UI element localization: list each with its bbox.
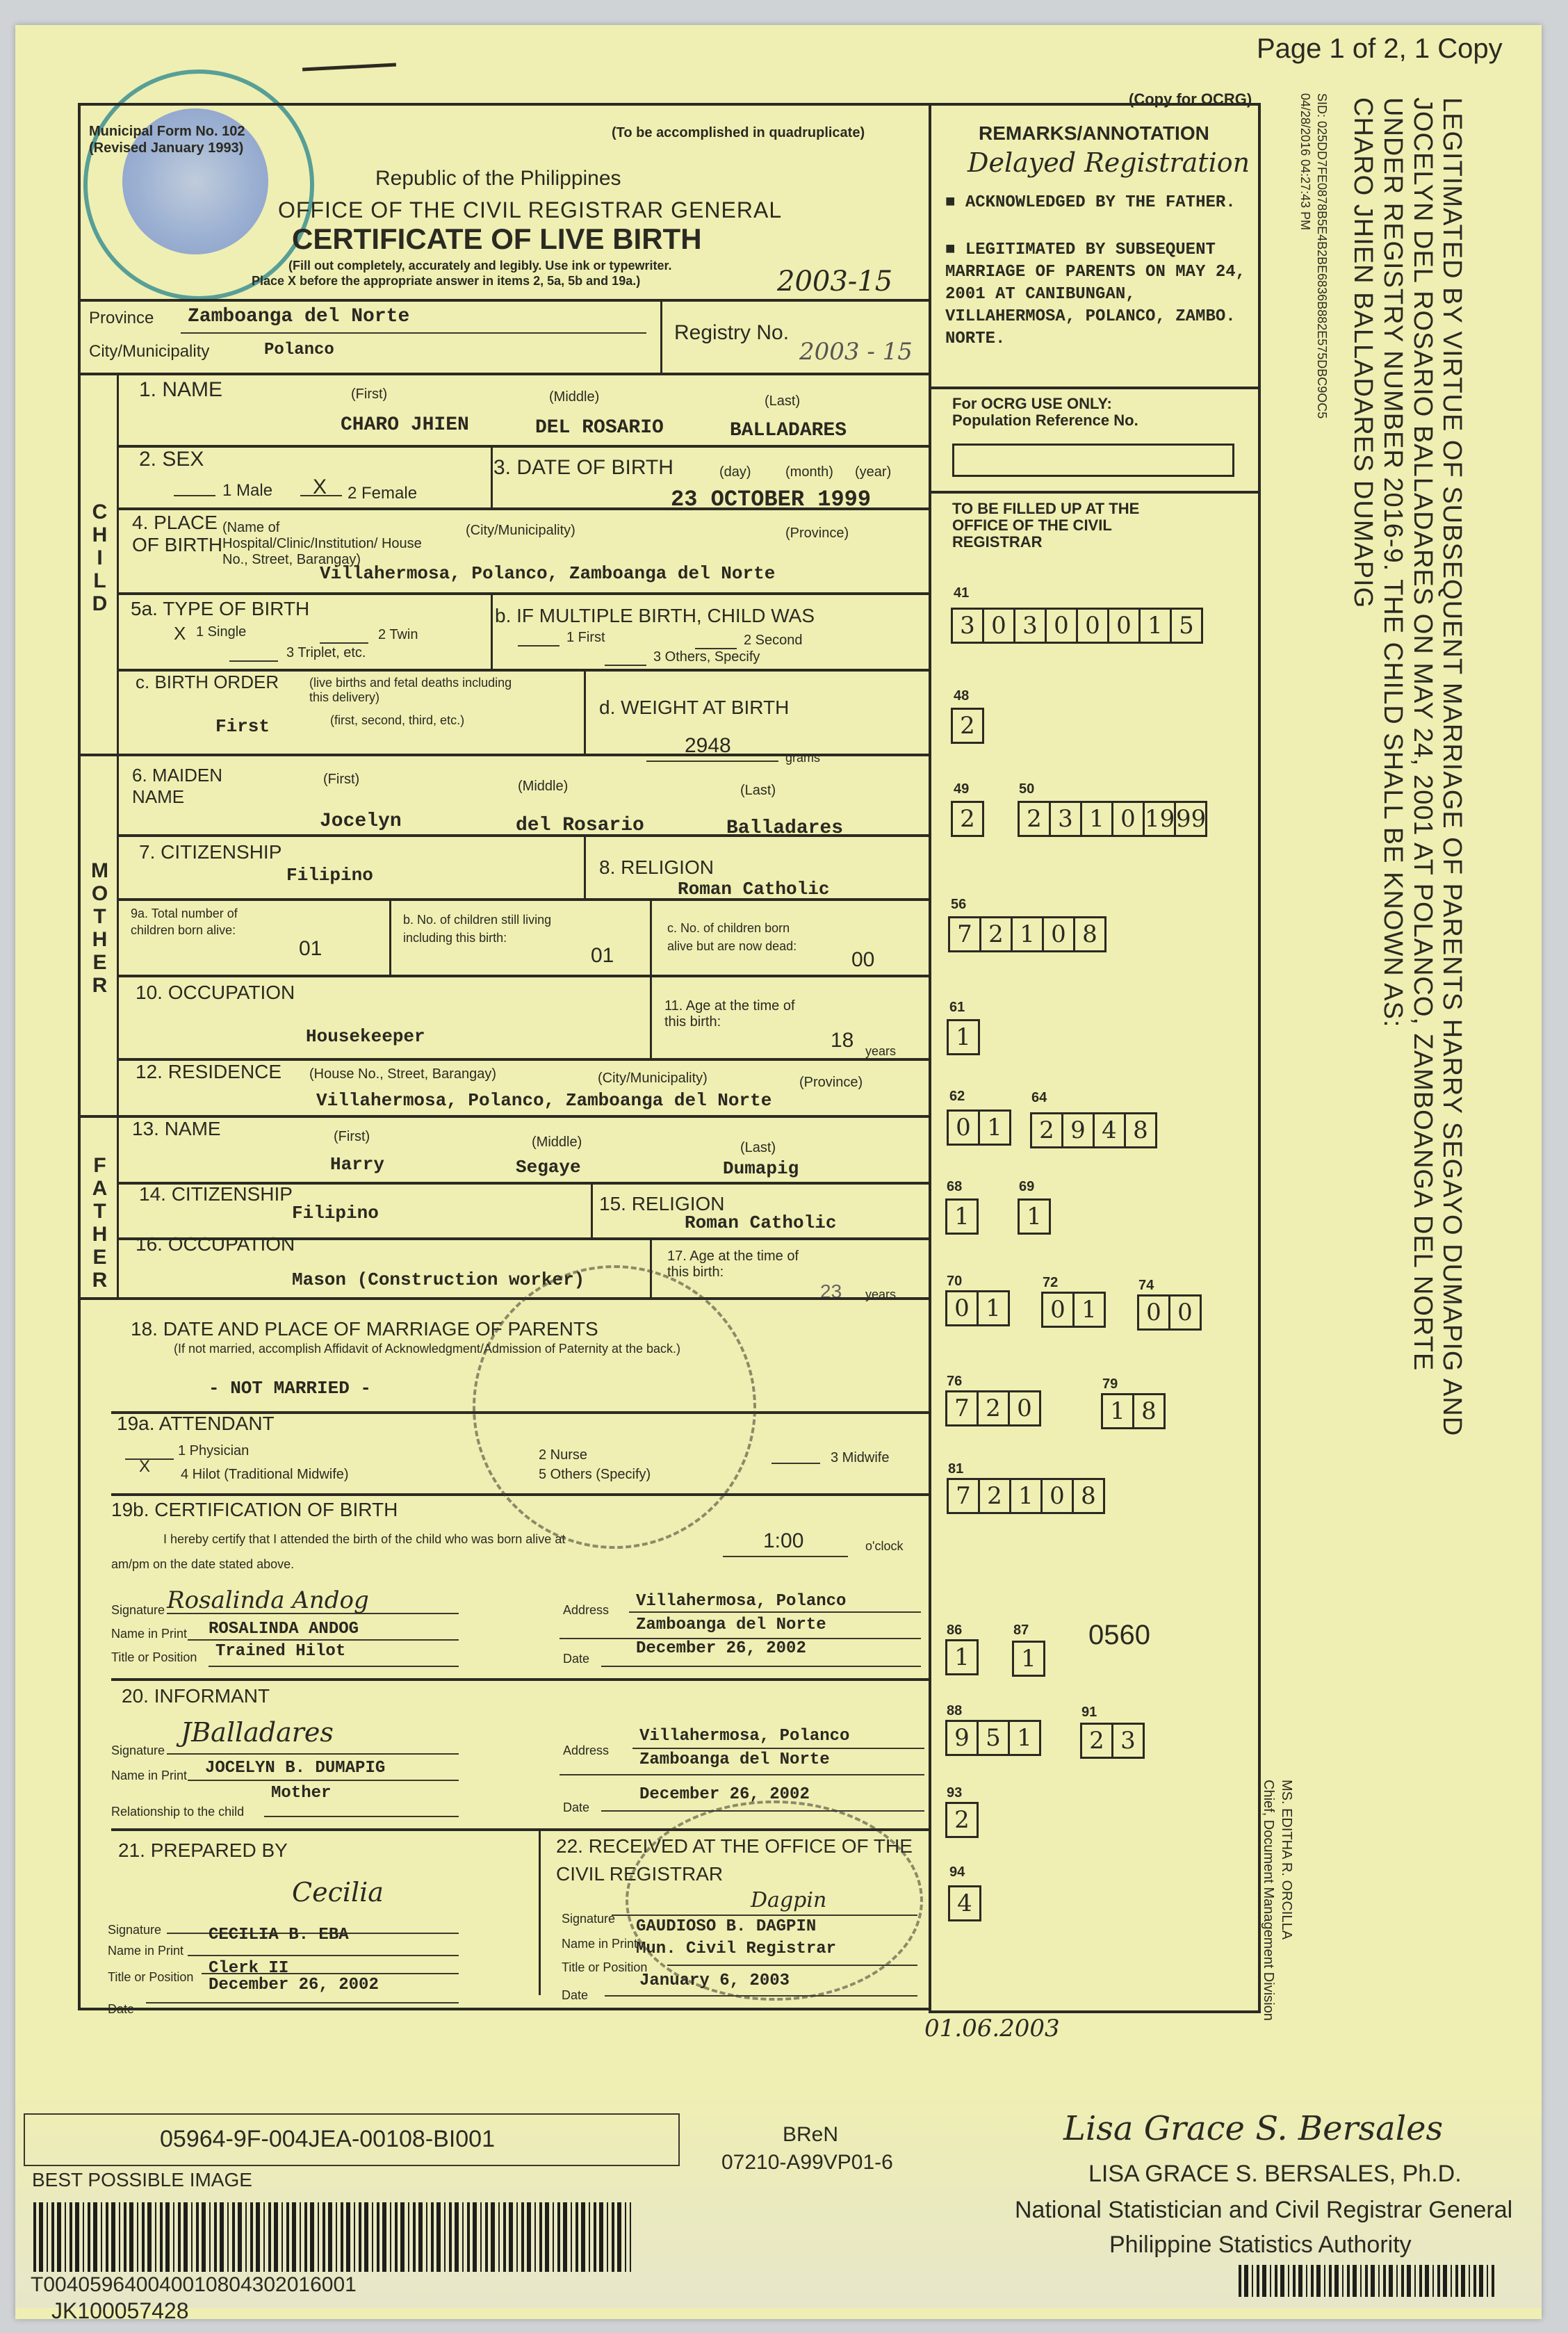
informant-date-label: Date (563, 1800, 589, 1815)
form-revised: (Revised January 1993) (89, 140, 243, 156)
code-74-label: 74 (1138, 1278, 1154, 1294)
underline (605, 665, 646, 666)
registry-label: Registry No. (674, 321, 789, 345)
underline (771, 1463, 820, 1464)
prepared-by-label: 21. PREPARED BY (118, 1839, 288, 1862)
dob-year-label: (year) (855, 464, 891, 480)
underline (646, 761, 778, 762)
code-digit-box: 0 (1042, 916, 1075, 952)
mother-religion: Roman Catholic (678, 879, 829, 900)
divider (660, 299, 662, 375)
annotation-officer-name: MS. EDITHA R. ORCILLA (1278, 1780, 1294, 1940)
code-digit-box: 1 (1012, 1641, 1045, 1677)
annotation-line-3: UNDER REGISTRY NUMBER 2016-9. THE CHILD … (1378, 97, 1407, 1027)
underline (202, 1973, 459, 1974)
pob-value: Villahermosa, Polanco, Zamboanga del Nor… (320, 563, 775, 584)
cert-address-2: Zamboanga del Norte (636, 1616, 826, 1634)
father-first-name: Harry (330, 1154, 384, 1175)
jk-number: JK100057428 (51, 2298, 189, 2324)
code-87-boxes: 1 (1012, 1641, 1045, 1677)
cert-title: Trained Hilot (215, 1642, 345, 1661)
code-digit-box: 1 (1080, 801, 1113, 837)
code-81-boxes: 72108 (947, 1478, 1105, 1514)
birth-order-value: First (215, 716, 270, 737)
page-info: Page 1 of 2, 1 Copy (1257, 33, 1503, 65)
code-68-label: 68 (947, 1179, 962, 1195)
divider (111, 1678, 931, 1681)
divider (117, 445, 931, 448)
code-digit-box: 1 (1018, 1198, 1051, 1235)
code-digit-box: 1 (1138, 608, 1172, 644)
code-86-label: 86 (947, 1623, 962, 1639)
father-age-label: 17. Age at the time of this birth: (667, 1249, 820, 1281)
instructions-line-2: Place X before the appropriate answer in… (252, 274, 640, 288)
attendant-checkmark: X (139, 1457, 150, 1477)
multiple-first: 1 First (566, 630, 605, 646)
code-56-label: 56 (951, 897, 966, 913)
underline (181, 332, 646, 334)
code-digit-box: 0 (1008, 1390, 1041, 1426)
code-48-boxes: 2 (951, 708, 984, 744)
child-last-name: BALLADARES (730, 420, 847, 441)
divider (929, 387, 1258, 389)
code-93-label: 93 (947, 1785, 962, 1801)
underline (174, 495, 215, 496)
code-digit-box: 1 (947, 1019, 980, 1055)
underline (629, 1611, 921, 1613)
code-digit-box: 99 (1174, 801, 1207, 837)
code-digit-box: 8 (1132, 1393, 1166, 1429)
middle-label: (Middle) (549, 389, 599, 405)
stamp-number: 0560 (1088, 1620, 1150, 1651)
certification-text-1: I hereby certify that I attended the bir… (163, 1532, 565, 1547)
total-children-label: 9a. Total number of children born alive: (131, 905, 249, 938)
cert-signature: Rosalinda Andog (167, 1586, 369, 1614)
remarks-legit-text: LEGITIMATED BY SUBSEQUENT MARRIAGE OF PA… (945, 241, 1246, 348)
divider (117, 754, 119, 1115)
last-label: (Last) (740, 1140, 776, 1156)
divider (650, 898, 652, 1058)
mother-religion-label: 8. RELIGION (599, 856, 714, 879)
code-digit-box: 1 (945, 1198, 979, 1235)
prepared-title-label: Title or Position (108, 1970, 193, 1985)
last-label: (Last) (740, 783, 776, 799)
underline (229, 660, 278, 662)
multiple-birth-label: b. IF MULTIPLE BIRTH, CHILD WAS (495, 605, 815, 627)
father-religion: Roman Catholic (685, 1212, 836, 1233)
annotation-line-4: CHARO JHIEN BALLADARES DUMAPIG (1348, 97, 1378, 608)
code-digit-box: 1 (977, 1290, 1010, 1326)
certification-oclock: o'clock (865, 1539, 903, 1554)
cert-signature-label: Signature (111, 1603, 165, 1618)
registrar-codes-label: TO BE FILLED UP AT THE OFFICE OF THE CIV… (952, 501, 1182, 551)
father-citizenship-label: 14. CITIZENSHIP (139, 1183, 293, 1205)
code-digit-box: 0 (1168, 1294, 1202, 1331)
informant-label: 20. INFORMANT (122, 1685, 270, 1707)
divider (929, 491, 1258, 494)
code-87-label: 87 (1013, 1623, 1029, 1639)
code-72-boxes: 01 (1041, 1292, 1106, 1328)
first-label: (First) (334, 1129, 370, 1145)
code-64-boxes: 2948 (1030, 1112, 1157, 1148)
annotation-line-2: JOCELYN DEL ROSARIO BALLADARES ON MAY 24… (1407, 97, 1437, 1371)
underline (632, 1748, 924, 1749)
cert-date: December 26, 2002 (636, 1639, 806, 1658)
divider (389, 898, 391, 975)
code-digit-box: 0 (1040, 1478, 1074, 1514)
informant-address-label: Address (563, 1743, 609, 1758)
city-value: Polanco (264, 341, 334, 359)
cert-name-label: Name in Print (111, 1627, 187, 1641)
code-digit-box: 2 (979, 916, 1013, 952)
pob-label: 4. PLACE OF BIRTH (132, 512, 236, 556)
code-76-boxes: 720 (945, 1390, 1041, 1426)
code-digit-box: 8 (1072, 1478, 1105, 1514)
code-94-label: 94 (949, 1864, 965, 1880)
signatory-title: National Statistician and Civil Registra… (1015, 2197, 1512, 2224)
divider (78, 754, 931, 756)
code-digit-box: 4 (1093, 1112, 1126, 1148)
divider (117, 373, 119, 754)
remarks-handwritten: Delayed Registration (967, 147, 1250, 178)
reference-number: 05964-9F-004JEA-00108-BI001 (160, 2126, 495, 2153)
code-88-boxes: 951 (945, 1720, 1041, 1756)
handwritten-control-number: 2003-15 (777, 266, 892, 298)
living-children-label: b. No. of children still living includin… (403, 911, 563, 947)
office-label: OFFICE OF THE CIVIL REGISTRAR GENERAL (278, 197, 782, 223)
code-digit-box: 19 (1143, 801, 1176, 837)
residence-label: 12. RESIDENCE (136, 1061, 281, 1083)
father-section-text: FATHER (86, 1154, 113, 1292)
code-72-label: 72 (1043, 1275, 1058, 1291)
code-76-label: 76 (947, 1374, 962, 1390)
code-62-label: 62 (949, 1089, 965, 1105)
mother-citizenship-label: 7. CITIZENSHIP (139, 841, 281, 863)
mother-occupation-label: 10. OCCUPATION (136, 982, 295, 1004)
living-children-value: 01 (591, 944, 614, 968)
middle-label: (Middle) (532, 1135, 582, 1151)
prepared-date: December 26, 2002 (209, 1976, 379, 1994)
divider (591, 1182, 593, 1237)
child-section-text: CHILD (86, 501, 113, 615)
cert-date-label: Date (563, 1652, 589, 1666)
mother-section-text: MOTHER (86, 859, 113, 997)
received-date-label: Date (562, 1988, 588, 2003)
multiple-others: 3 Others, Specify (653, 649, 760, 665)
code-70-boxes: 01 (945, 1290, 1010, 1326)
type-checkmark: X (174, 623, 186, 644)
residence-value: Villahermosa, Polanco, Zamboanga del Nor… (316, 1090, 771, 1111)
mother-age: 18 (831, 1029, 854, 1052)
code-digit-box: 0 (1111, 801, 1145, 837)
code-digit-box: 9 (1061, 1112, 1095, 1148)
dob-month-label: (month) (785, 464, 833, 480)
annotation-officer-title: Chief, Document Management Division (1260, 1780, 1276, 2021)
middle-label: (Middle) (518, 779, 568, 795)
province-value: Zamboanga del Norte (188, 306, 409, 327)
code-digit-box: 3 (1013, 608, 1047, 644)
first-label: (First) (351, 387, 387, 403)
barcode-icon (33, 2202, 631, 2272)
code-50-label: 50 (1019, 781, 1034, 797)
pob-hospital-label: (Name of Hospital/Clinic/Institution/ Ho… (222, 520, 431, 568)
received-title-label: Title or Position (562, 1960, 647, 1975)
informant-relationship-label: Relationship to the child (111, 1805, 244, 1819)
code-digit-box: 2 (977, 1390, 1010, 1426)
instructions-line-1: (Fill out completely, accurately and leg… (288, 259, 672, 273)
code-digit-box: 0 (947, 1109, 980, 1146)
code-digit-box: 2 (1080, 1723, 1113, 1759)
divider (584, 834, 586, 898)
code-79-boxes: 18 (1101, 1393, 1166, 1429)
code-digit-box: 3 (1049, 801, 1082, 837)
remarks-ack-text: ACKNOWLEDGED BY THE FATHER. (965, 193, 1236, 212)
dead-children-label: c. No. of children born alive but are no… (667, 919, 813, 955)
cert-name: ROSALINDA ANDOG (209, 1620, 359, 1639)
divider (539, 1828, 541, 1995)
code-88-label: 88 (947, 1703, 962, 1719)
quadruplicate-note: (To be accomplished in quadruplicate) (612, 125, 865, 141)
mother-citizenship: Filipino (286, 865, 373, 886)
dob-label: 3. DATE OF BIRTH (493, 456, 673, 480)
bren-label: BReN (783, 2123, 838, 2147)
code-digit-box: 1 (1011, 916, 1044, 952)
divider (117, 1115, 119, 1297)
code-41-label: 41 (954, 585, 969, 601)
code-digit-box: 4 (948, 1885, 981, 1921)
last-label: (Last) (765, 393, 800, 409)
code-digit-box: 8 (1073, 916, 1106, 952)
code-61-label: 61 (949, 1000, 965, 1016)
remarks-title: REMARKS/ANNOTATION (979, 122, 1209, 145)
underline (167, 1753, 459, 1755)
father-citizenship: Filipino (292, 1203, 379, 1224)
code-digit-box: 0 (1045, 608, 1078, 644)
barcode-number: T004059640040010804302016001 (31, 2273, 357, 2297)
type-triplet: 3 Triplet, etc. (286, 645, 366, 661)
code-49-label: 49 (954, 781, 969, 797)
underline (188, 1780, 459, 1781)
type-twin: 2 Twin (378, 627, 418, 643)
code-digit-box: 5 (1170, 608, 1203, 644)
certification-text-2: am/pm on the date stated above. (111, 1557, 294, 1572)
code-81-label: 81 (948, 1461, 963, 1477)
code-62-boxes: 01 (947, 1109, 1011, 1146)
mother-occupation: Housekeeper (306, 1026, 425, 1047)
prepared-signature-label: Signature (108, 1923, 161, 1937)
pob-province-label: (Province) (785, 526, 849, 542)
prepared-name: CECILIA B. EBA (209, 1926, 349, 1944)
code-61-boxes: 1 (947, 1019, 980, 1055)
marriage-value: - NOT MARRIED - (209, 1378, 371, 1399)
attendant-midwife: 3 Midwife (831, 1450, 889, 1466)
remarks-line-acknowledged: ■ ACKNOWLEDGED BY THE FATHER. (945, 192, 1244, 214)
informant-name: JOCELYN B. DUMAPIG (205, 1759, 385, 1778)
bren-number: 07210-A99VP01-6 (721, 2151, 893, 2175)
prepared-name-label: Name in Print (108, 1944, 183, 1958)
type-single: 1 Single (196, 624, 246, 640)
mother-age-label: 11. Age at the time of this birth: (664, 998, 817, 1030)
dob-day-label: (day) (719, 464, 751, 480)
underline (560, 1774, 924, 1775)
best-image-label: BEST POSSIBLE IMAGE (32, 2169, 252, 2191)
code-digit-box: 7 (948, 916, 981, 952)
prepared-title: Clerk II (209, 1959, 288, 1978)
code-digit-box: 2 (1018, 801, 1051, 837)
population-ref-field[interactable] (952, 444, 1234, 477)
signatory-signature: Lisa Grace S. Bersales (1063, 2109, 1443, 2148)
code-79-label: 79 (1102, 1376, 1118, 1392)
code-digit-box: 1 (945, 1639, 979, 1675)
divider (491, 592, 493, 669)
underline (320, 642, 368, 644)
underline (209, 1666, 459, 1667)
maiden-name-label: 6. MAIDEN NAME (132, 765, 236, 808)
underline (723, 1556, 848, 1557)
total-children-value: 01 (299, 937, 322, 961)
population-ref-label: Population Reference No. (952, 412, 1138, 430)
attendant-label: 19a. ATTENDANT (117, 1413, 275, 1435)
code-digit-box: 7 (945, 1390, 979, 1426)
annotation-line-1: LEGITIMATED BY VIRTUE OF SUBSEQUENT MARR… (1437, 97, 1467, 1436)
prepared-signature: Cecilia (292, 1877, 384, 1908)
cert-title-label: Title or Position (111, 1650, 197, 1665)
divider (491, 445, 493, 507)
informant-address-1: Villahermosa, Polanco (639, 1727, 849, 1746)
code-digit-box: 1 (1008, 1720, 1041, 1756)
child-middle-name: DEL ROSARIO (535, 417, 664, 439)
child-section-label: CHILD (86, 501, 107, 622)
annotation-timestamp: 04/28/2016 04:27:43 PM (1298, 93, 1312, 230)
multiple-second: 2 Second (744, 633, 803, 649)
underline (601, 1666, 921, 1667)
father-middle-name: Segaye (516, 1157, 581, 1178)
birth-order-label: c. BIRTH ORDER (136, 672, 279, 693)
code-digit-box: 2 (978, 1478, 1011, 1514)
divider (117, 507, 931, 510)
sex-checkmark: X (313, 475, 327, 499)
code-digit-box: 1 (1072, 1292, 1106, 1328)
code-digit-box: 0 (982, 608, 1015, 644)
handwritten-date: 01.06.2003 (924, 2015, 1060, 2042)
received-name-label: Name in Print (562, 1937, 637, 1951)
code-41-boxes: 30300015 (951, 608, 1203, 644)
code-86-boxes: 1 (945, 1639, 979, 1675)
code-digit-box: 1 (978, 1109, 1011, 1146)
code-digit-box: 3 (951, 608, 984, 644)
divider (584, 669, 586, 754)
code-digit-box: 5 (977, 1720, 1010, 1756)
birth-order-hint-2: (first, second, third, etc.) (330, 713, 464, 728)
code-69-boxes: 1 (1018, 1198, 1051, 1235)
residence-province-label: (Province) (799, 1075, 863, 1091)
certificate-title: CERTIFICATE OF LIVE BIRTH (292, 222, 702, 256)
small-barcode-icon (1239, 2265, 1496, 2297)
code-64-label: 64 (1031, 1090, 1047, 1106)
sex-option-female: 2 Female (348, 484, 417, 503)
code-digit-box: 0 (1107, 608, 1141, 644)
code-digit-box: 0 (1041, 1292, 1075, 1328)
attendant-physician: 1 Physician (178, 1443, 249, 1459)
code-74-boxes: 00 (1137, 1294, 1202, 1331)
form-number: Municipal Form No. 102 (89, 124, 245, 140)
code-digit-box: 8 (1124, 1112, 1157, 1148)
code-digit-box: 1 (1101, 1393, 1134, 1429)
signatory-org: Philippine Statistics Authority (1109, 2232, 1412, 2259)
informant-name-label: Name in Print (111, 1769, 187, 1783)
code-49-boxes: 2 (951, 801, 984, 837)
annotation-sid: SID: 025DD7FE0878B5E4B2BE6836B882E575DBC… (1314, 93, 1329, 418)
weight-label: d. WEIGHT AT BIRTH (599, 697, 789, 719)
father-name-label: 13. NAME (132, 1118, 221, 1140)
type-of-birth-label: 5a. TYPE OF BIRTH (131, 598, 309, 620)
signatory-name: LISA GRACE S. BERSALES, Ph.D. (1088, 2161, 1462, 2188)
republic-label: Republic of the Philippines (375, 167, 621, 190)
code-digit-box: 9 (945, 1720, 979, 1756)
divider (78, 2008, 931, 2010)
informant-signature-label: Signature (111, 1743, 165, 1758)
informant-signature: JBalladares (181, 1717, 334, 1748)
code-69-label: 69 (1019, 1179, 1034, 1195)
ocrg-use-label: For OCRG USE ONLY: (952, 395, 1112, 413)
child-name-label: 1. NAME (139, 378, 222, 402)
divider (117, 592, 931, 595)
divider (117, 834, 931, 837)
code-digit-box: 2 (945, 1802, 979, 1838)
code-50-boxes: 23101999 (1018, 801, 1207, 837)
father-last-name: Dumapig (723, 1158, 799, 1179)
code-digit-box: 2 (951, 708, 984, 744)
divider (117, 898, 931, 901)
underline (518, 645, 560, 647)
certification-time: 1:00 (763, 1529, 803, 1553)
pob-city-label: (City/Municipality) (466, 523, 575, 539)
divider (78, 299, 931, 302)
mother-age-unit: years (865, 1044, 896, 1059)
code-digit-box: 1 (1009, 1478, 1043, 1514)
code-68-boxes: 1 (945, 1198, 979, 1235)
divider (78, 1297, 931, 1300)
cert-address-1: Villahermosa, Polanco (636, 1592, 846, 1611)
remarks-line-legitimated: ■ LEGITIMATED BY SUBSEQUENT MARRIAGE OF … (945, 239, 1251, 350)
code-93-boxes: 2 (945, 1802, 979, 1838)
code-digit-box: 0 (945, 1290, 979, 1326)
residence-house-label: (House No., Street, Barangay) (309, 1066, 496, 1082)
father-section-label: FATHER (86, 1154, 107, 1299)
underline (188, 1639, 459, 1641)
informant-address-2: Zamboanga del Norte (639, 1750, 830, 1769)
received-signature-label: Signature (562, 1912, 615, 1926)
mother-section-label: MOTHER (86, 859, 107, 1004)
code-91-boxes: 23 (1080, 1723, 1145, 1759)
sex-label: 2. SEX (139, 448, 204, 471)
informant-relationship: Mother (271, 1784, 331, 1803)
father-occupation-label: 16. OCCUPATION (136, 1233, 295, 1255)
city-label: City/Municipality (89, 342, 209, 361)
birth-order-hint: (live births and fetal deaths including … (309, 676, 518, 705)
code-digit-box: 2 (1030, 1112, 1063, 1148)
province-label: Province (89, 309, 154, 328)
first-label: (First) (323, 772, 359, 788)
divider (78, 373, 931, 375)
registry-value: 2003 - 15 (799, 338, 913, 366)
code-48-label: 48 (954, 688, 969, 704)
code-digit-box: 0 (1137, 1294, 1170, 1331)
code-70-label: 70 (947, 1274, 962, 1290)
sex-option-male: 1 Male (222, 481, 272, 501)
code-digit-box: 3 (1111, 1723, 1145, 1759)
code-digit-box: 0 (1076, 608, 1109, 644)
